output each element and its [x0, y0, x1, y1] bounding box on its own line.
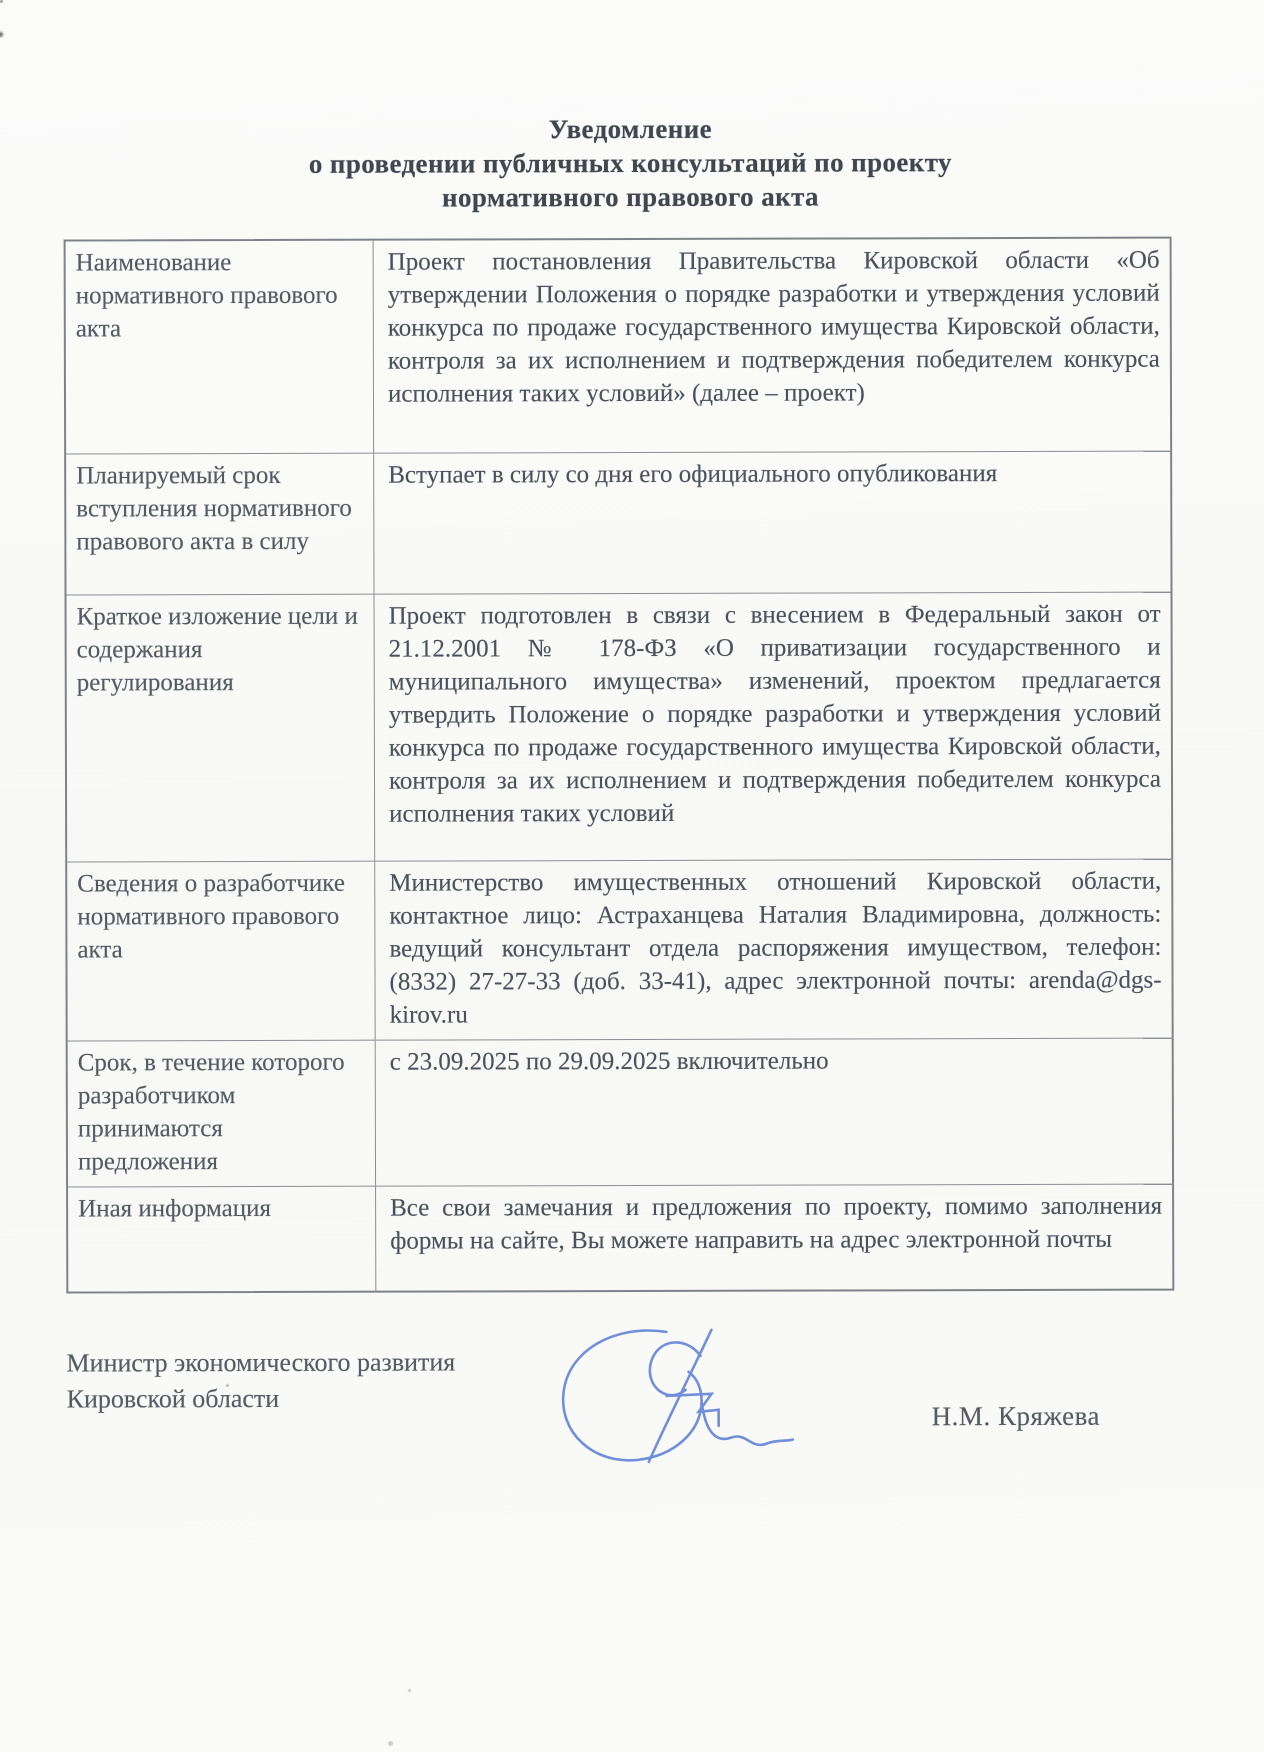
scanned-document-page: Уведомление о проведении публичных консу…: [0, 0, 1264, 1752]
notice-table: Наименование нормативного правового акта…: [64, 237, 1175, 1294]
row-value-cell: Проект подготовлен в связи с внесением в…: [375, 593, 1172, 861]
title-line: нормативного правового акта: [78, 179, 1182, 216]
row-value-cell: Все свои замечания и предложения по прое…: [376, 1185, 1172, 1291]
signer-name: Н.М. Кряжева: [932, 1401, 1100, 1432]
row-label-cell: Сведения о разработчике нормативного пра…: [67, 862, 375, 1041]
row-label-cell: Срок, в течение которого разработчиком п…: [68, 1041, 376, 1187]
table-row: Сведения о разработчике нормативного пра…: [67, 859, 1171, 1041]
row-label-cell: Наименование нормативного правового акта: [66, 241, 375, 454]
table-row: Наименование нормативного правового акта…: [66, 239, 1171, 454]
signature-scribble: [548, 1322, 798, 1491]
table-row: Краткое изложение цели и содержания регу…: [67, 592, 1172, 862]
signoff-block: Министр экономического развития Кировско…: [66, 1342, 1264, 1565]
title-line: Уведомление: [78, 111, 1182, 148]
row-value-cell: Министерство имущественных отношений Кир…: [375, 860, 1171, 1040]
document-content: Уведомление о проведении публичных консу…: [0, 0, 1264, 1566]
table-row: Планируемый срок вступления нормативного…: [66, 451, 1170, 595]
row-value-cell: Вступает в силу со дня его официального …: [374, 452, 1170, 594]
row-label-cell: Иная информация: [68, 1187, 376, 1292]
table-row: Срок, в течение которого разработчиком п…: [68, 1038, 1172, 1187]
row-label-cell: Краткое изложение цели и содержания регу…: [67, 595, 376, 862]
title-line: о проведении публичных консультаций по п…: [78, 145, 1182, 182]
row-value-cell: с 23.09.2025 по 29.09.2025 включительно: [376, 1039, 1172, 1186]
row-value-cell: Проект постановления Правительства Киров…: [374, 239, 1171, 453]
row-label-cell: Планируемый срок вступления нормативного…: [66, 454, 374, 595]
table-row: Иная информация Все свои замечания и пре…: [68, 1184, 1172, 1292]
doc-title: Уведомление о проведении публичных консу…: [78, 111, 1182, 216]
